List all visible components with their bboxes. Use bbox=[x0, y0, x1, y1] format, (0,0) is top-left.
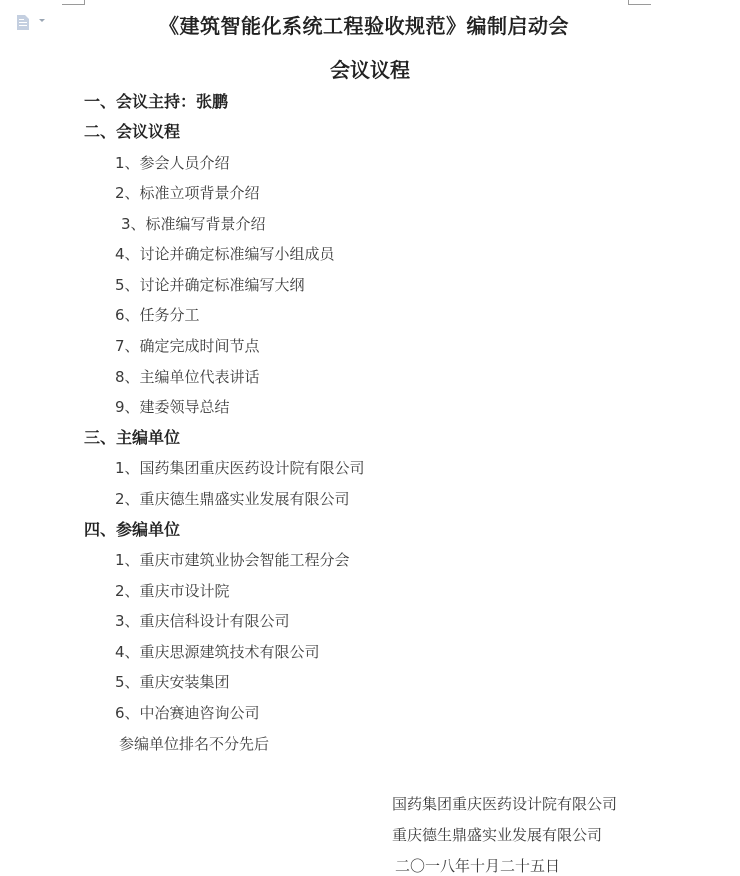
participant-item: 5、重庆安装集团 bbox=[115, 672, 230, 692]
chief-editor-item: 1、国药集团重庆医药设计院有限公司 bbox=[115, 458, 365, 478]
section-heading-chief-editors: 三、主编单位 bbox=[84, 428, 180, 448]
agenda-item: 8、主编单位代表讲话 bbox=[115, 367, 260, 387]
signature-org-1: 国药集团重庆医药设计院有限公司 bbox=[392, 794, 617, 814]
crop-mark-top-right bbox=[628, 0, 651, 5]
agenda-item: 6、任务分工 bbox=[115, 305, 200, 325]
signature-org-2: 重庆德生鼎盛实业发展有限公司 bbox=[392, 825, 602, 845]
agenda-item: 5、讨论并确定标准编写大纲 bbox=[115, 275, 305, 295]
participant-item: 3、重庆信科设计有限公司 bbox=[115, 611, 290, 631]
participant-note: 参编单位排名不分先后 bbox=[119, 734, 269, 754]
participant-item: 1、重庆市建筑业协会智能工程分会 bbox=[115, 550, 350, 570]
section-heading-host: 一、会议主持：张鹏 bbox=[84, 92, 228, 112]
chief-editor-item: 2、重庆德生鼎盛实业发展有限公司 bbox=[115, 489, 350, 509]
agenda-item: 2、标准立项背景介绍 bbox=[115, 183, 260, 203]
section-heading-participants: 四、参编单位 bbox=[84, 520, 180, 540]
agenda-item: 7、确定完成时间节点 bbox=[115, 336, 260, 356]
agenda-item: 4、讨论并确定标准编写小组成员 bbox=[115, 244, 335, 264]
participant-item: 6、中冶赛迪咨询公司 bbox=[115, 703, 260, 723]
participant-item: 2、重庆市设计院 bbox=[115, 581, 230, 601]
participant-item: 4、重庆思源建筑技术有限公司 bbox=[115, 642, 320, 662]
document-subtitle: 会议议程 bbox=[0, 54, 740, 83]
agenda-item: 1、参会人员介绍 bbox=[115, 153, 230, 173]
document-title: 《建筑智能化系统工程验收规范》编制启动会 bbox=[0, 10, 734, 39]
agenda-item: 3、标准编写背景介绍 bbox=[121, 214, 266, 234]
crop-mark-top-left bbox=[62, 0, 85, 5]
signature-date: 二〇一八年十月二十五日 bbox=[395, 856, 560, 876]
section-heading-agenda: 二、会议议程 bbox=[84, 122, 180, 142]
agenda-item: 9、建委领导总结 bbox=[115, 397, 230, 417]
